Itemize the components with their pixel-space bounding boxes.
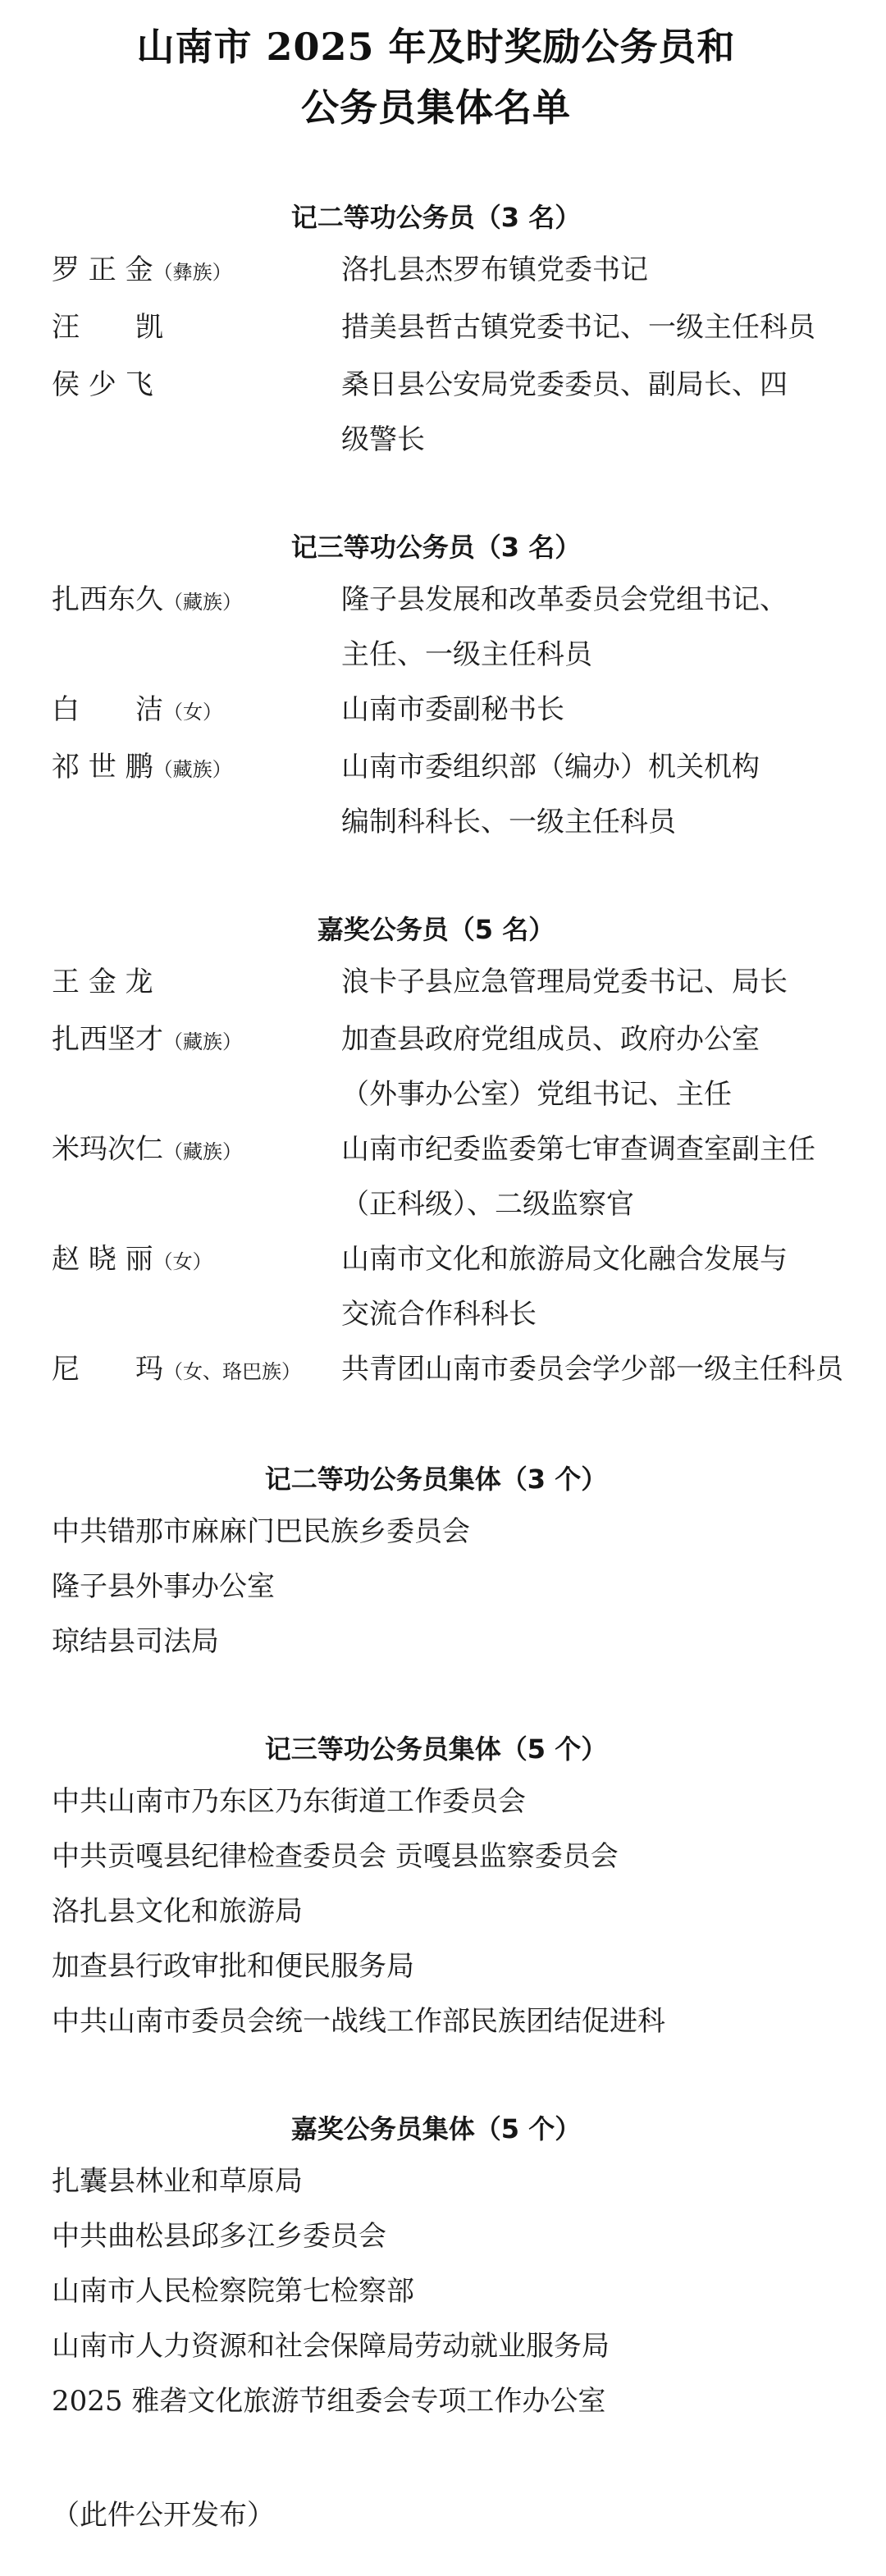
person-row: 白 洁（女） 山南市委副秘书长 [52,683,861,740]
person-title: 洛扎县杰罗布镇党委书记 [341,243,861,298]
page-title-line1: 山南市 2025 年及时奖励公务员和 [31,16,841,77]
person-row: 侯 少 飞 桑日县公安局党委委员、副局长、四 级警长 [52,358,861,468]
person-row: 祁 世 鹏（藏族） 山南市委组织部（编办）机关机构 编制科科长、一级主任科员 [52,740,861,850]
person-title: 加查县政府党组成员、政府办公室 （外事办公室）党组书记、主任 [341,1012,861,1122]
person-row: 赵 晓 丽（女） 山南市文化和旅游局文化融合发展与 交流合作科科长 [52,1232,861,1342]
collective-item: 中共山南市乃东区乃东街道工作委员会 [52,1774,861,1829]
person-title: 浪卡子县应急管理局党委书记、局长 [341,955,861,1010]
collective-item: 中共曲松县邱多江乡委员会 [52,2209,861,2264]
person-title: 措美县哲古镇党委书记、一级主任科员 [341,300,861,355]
person-row: 米玛次仁（藏族） 山南市纪委监委第七审查调查室副主任 （正科级）、二级监察官 [52,1122,861,1232]
person-ethnic-note: （藏族） [163,591,242,614]
person-ethnic-note: （女） [153,1250,212,1273]
person-name: 白 洁（女） [52,683,341,740]
person-row: 尼 玛（女、珞巴族） 共青团山南市委员会学少部一级主任科员 [52,1342,861,1400]
person-name: 扎西东久（藏族） [52,573,341,630]
collective-item: 洛扎县文化和旅游局 [52,1884,861,1939]
section-heading-second-class-merit: 记二等功公务员（3 名） [31,197,841,238]
person-name: 米玛次仁（藏族） [52,1122,341,1180]
collective-item: 山南市人力资源和社会保障局劳动就业服务局 [52,2319,861,2374]
collective-item: 中共山南市委员会统一战线工作部民族团结促进科 [52,1994,861,2049]
person-title: 山南市委组织部（编办）机关机构 编制科科长、一级主任科员 [341,740,861,850]
person-name: 王 金 龙 [52,955,341,1012]
section-heading-commendation: 嘉奖公务员（5 名） [31,909,841,950]
person-name: 祁 世 鹏（藏族） [52,740,341,797]
section-commendation-collectives: 扎囊县林业和草原局 中共曲松县邱多江乡委员会 山南市人民检察院第七检察部 山南市… [52,2154,861,2429]
section-third-class-merit-collectives: 中共山南市乃东区乃东街道工作委员会 中共贡嘎县纪律检查委员会 贡嘎县监察委员会 … [52,1774,861,2049]
person-ethnic-note: （女、珞巴族） [163,1360,301,1383]
section-heading-third-class-merit-collectives: 记三等功公务员集体（5 个） [31,1729,841,1770]
person-name: 扎西坚才（藏族） [52,1012,341,1070]
person-row: 王 金 龙 浪卡子县应急管理局党委书记、局长 [52,955,861,1012]
person-name-text: 祁 世 鹏 [52,751,153,783]
person-name-text: 扎西东久 [52,583,163,616]
collective-item: 扎囊县林业和草原局 [52,2154,861,2209]
page-title: 山南市 2025 年及时奖励公务员和 公务员集体名单 [31,16,841,138]
section-third-class-merit: 扎西东久（藏族） 隆子县发展和改革委员会党组书记、 主任、一级主任科员 白 洁（… [52,573,861,850]
person-title: 山南市文化和旅游局文化融合发展与 交流合作科科长 [341,1232,861,1342]
person-title: 桑日县公安局党委委员、副局长、四 级警长 [341,358,861,468]
person-ethnic-note: （女） [163,701,222,724]
collective-item: 2025 雅砻文化旅游节组委会专项工作办公室 [52,2374,861,2429]
person-name: 赵 晓 丽（女） [52,1232,341,1290]
person-name: 罗 正 金（彝族） [52,243,341,300]
person-title: 隆子县发展和改革委员会党组书记、 主任、一级主任科员 [341,573,861,683]
person-ethnic-note: （藏族） [163,1140,242,1163]
person-name-text: 侯 少 飞 [52,368,153,401]
person-title: 共青团山南市委员会学少部一级主任科员 [341,1342,861,1397]
footer-public-release-note: （此件公开发布） [52,2488,861,2543]
person-name: 汪 凯 [52,300,341,358]
person-ethnic-note: （藏族） [163,1030,242,1053]
section-heading-second-class-merit-collectives: 记二等功公务员集体（3 个） [31,1459,841,1500]
person-name-text: 汪 凯 [52,311,163,344]
person-name-text: 罗 正 金 [52,253,153,286]
document-page: 山南市 2025 年及时奖励公务员和 公务员集体名单 记二等功公务员（3 名） … [0,0,886,2576]
person-ethnic-note: （彝族） [153,261,232,284]
section-second-class-merit-collectives: 中共错那市麻麻门巴民族乡委员会 隆子县外事办公室 琼结县司法局 [52,1505,861,1669]
person-row: 罗 正 金（彝族） 洛扎县杰罗布镇党委书记 [52,243,861,300]
person-row: 汪 凯 措美县哲古镇党委书记、一级主任科员 [52,300,861,358]
person-name-text: 白 洁 [52,693,163,726]
person-name-text: 米玛次仁 [52,1133,163,1166]
person-row: 扎西坚才（藏族） 加查县政府党组成员、政府办公室 （外事办公室）党组书记、主任 [52,1012,861,1122]
collective-item: 中共贡嘎县纪律检查委员会 贡嘎县监察委员会 [52,1829,861,1884]
collective-item: 琼结县司法局 [52,1615,861,1669]
person-row: 扎西东久（藏族） 隆子县发展和改革委员会党组书记、 主任、一级主任科员 [52,573,861,683]
person-ethnic-note: （藏族） [153,758,232,781]
person-name-text: 扎西坚才 [52,1023,163,1056]
person-title: 山南市纪委监委第七审查调查室副主任 （正科级）、二级监察官 [341,1122,861,1232]
person-name: 侯 少 飞 [52,358,341,415]
section-second-class-merit: 罗 正 金（彝族） 洛扎县杰罗布镇党委书记 汪 凯 措美县哲古镇党委书记、一级主… [52,243,861,468]
collective-item: 山南市人民检察院第七检察部 [52,2264,861,2319]
person-name: 尼 玛（女、珞巴族） [52,1342,341,1400]
collective-item: 加查县行政审批和便民服务局 [52,1939,861,1994]
person-title: 山南市委副秘书长 [341,683,861,738]
section-commendation: 王 金 龙 浪卡子县应急管理局党委书记、局长 扎西坚才（藏族） 加查县政府党组成… [52,955,861,1400]
page-title-line2: 公务员集体名单 [31,77,841,138]
collective-item: 隆子县外事办公室 [52,1560,861,1615]
collective-item: 中共错那市麻麻门巴民族乡委员会 [52,1505,861,1560]
section-heading-third-class-merit: 记三等功公务员（3 名） [31,527,841,568]
person-name-text: 尼 玛 [52,1353,163,1386]
person-name-text: 王 金 龙 [52,966,153,998]
person-name-text: 赵 晓 丽 [52,1243,153,1276]
section-heading-commendation-collectives: 嘉奖公务员集体（5 个） [31,2108,841,2149]
